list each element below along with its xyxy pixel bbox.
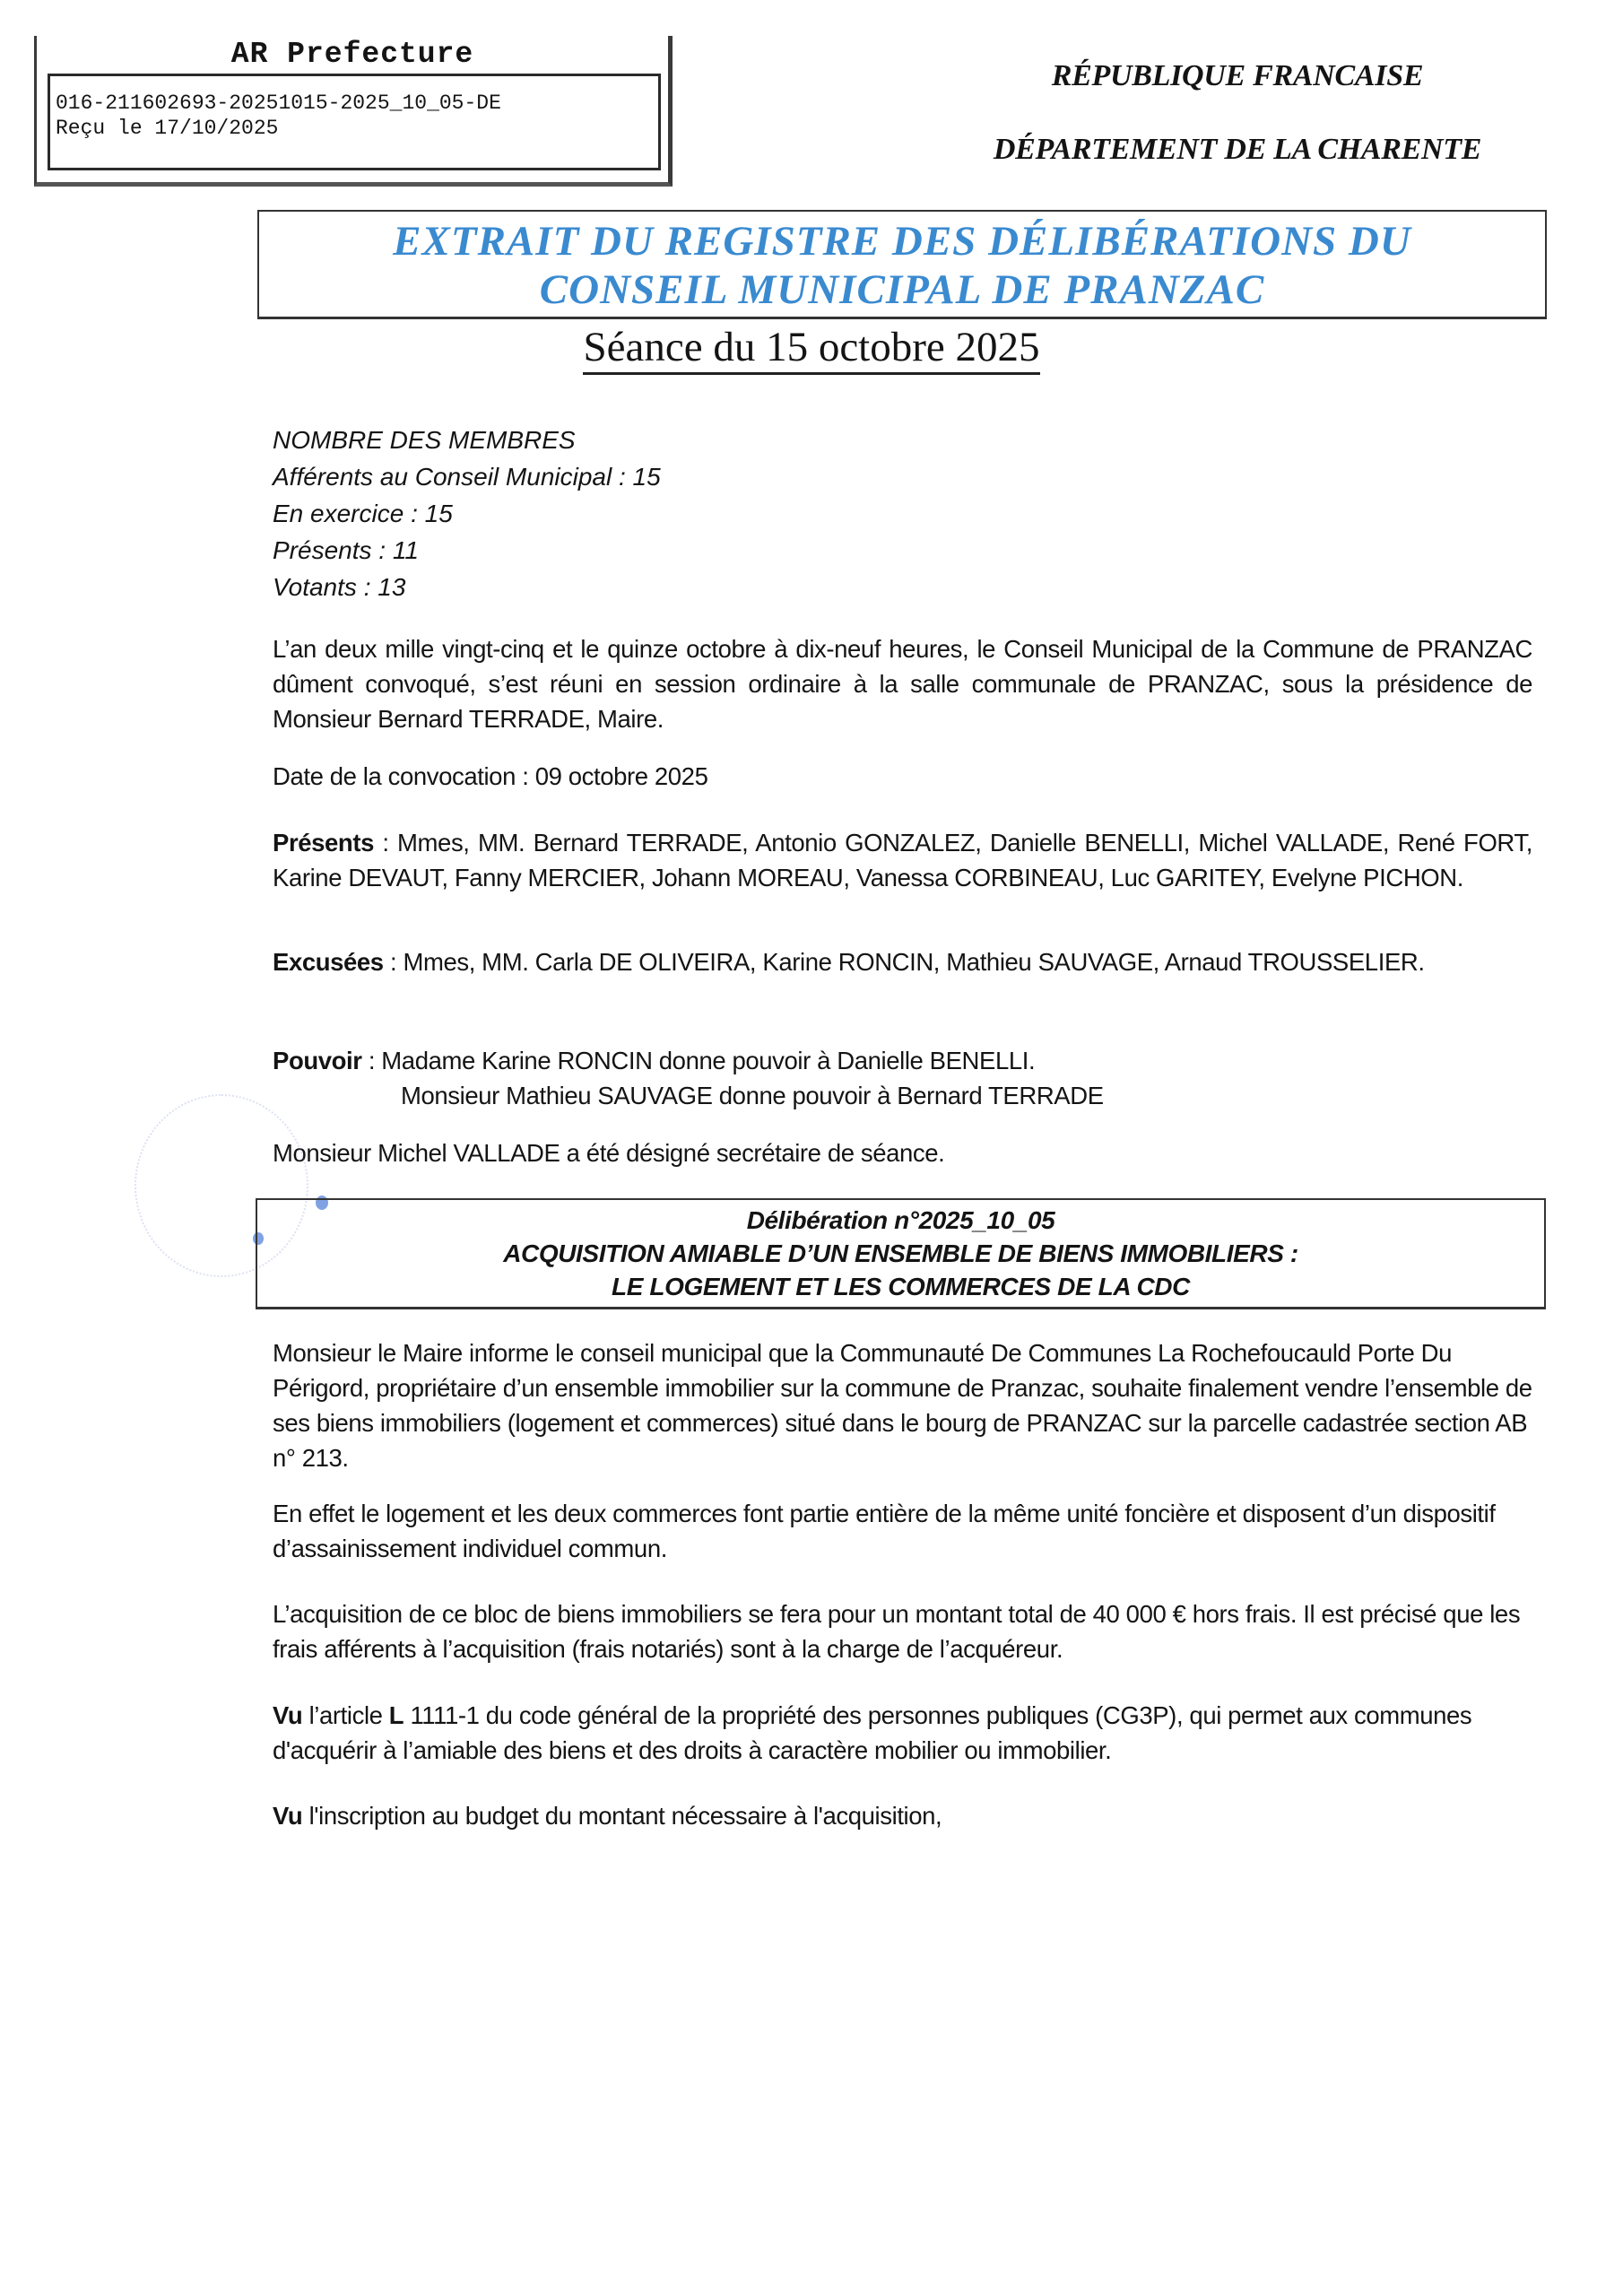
members-count-block: NOMBRE DES MEMBRES Afférents au Conseil … (273, 422, 661, 605)
vu-article-paragraph: Vu l’article L 1111-1 du code général de… (273, 1698, 1532, 1768)
pouvoir-paragraph: Pouvoir : Madame Karine RONCIN donne pou… (273, 1043, 1532, 1113)
vu-label: Vu (273, 1802, 302, 1830)
vu-article-text: 1111-1 du code général de la propriété d… (273, 1701, 1471, 1764)
stamp-details: 016-211602693-20251015-2025_10_05-DE Reç… (48, 74, 661, 170)
members-afferents: Afférents au Conseil Municipal : 15 (273, 458, 661, 495)
register-title-box: EXTRAIT DU REGISTRE DES DÉLIBÉRATIONS DU… (257, 210, 1547, 319)
body-paragraph-3: L’acquisition de ce bloc de biens immobi… (273, 1596, 1532, 1666)
deliberation-number: Délibération n°2025_10_05 (257, 1204, 1544, 1237)
stamp-reference: 016-211602693-20251015-2025_10_05-DE (56, 91, 653, 116)
pouvoir-label: Pouvoir (273, 1047, 362, 1074)
register-title-line2: CONSEIL MUNICIPAL DE PRANZAC (259, 265, 1545, 314)
deliberation-title-line1: ACQUISITION AMIABLE D’UN ENSEMBLE DE BIE… (257, 1237, 1544, 1270)
article-ref: L (389, 1701, 404, 1729)
ar-prefecture-stamp: AR Prefecture 016-211602693-20251015-202… (34, 36, 673, 187)
convocation-date: Date de la convocation : 09 octobre 2025 (273, 759, 1532, 794)
department-heading: DÉPARTEMENT DE LA CHARENTE (924, 133, 1551, 167)
deliberation-title-line2: LE LOGEMENT ET LES COMMERCES DE LA CDC (257, 1270, 1544, 1303)
members-votants: Votants : 13 (273, 569, 661, 605)
vu-label: Vu (273, 1701, 302, 1729)
stamp-received-date: Reçu le 17/10/2025 (56, 116, 653, 141)
pouvoir-line2: Monsieur Mathieu SAUVAGE donne pouvoir à… (273, 1078, 1532, 1113)
members-presents: Présents : 11 (273, 532, 661, 569)
vu-article-prefix: l’article (302, 1701, 388, 1729)
vu-budget-paragraph: Vu l'inscription au budget du montant né… (273, 1798, 1532, 1833)
body-paragraph-1: Monsieur le Maire informe le conseil mun… (273, 1335, 1532, 1475)
members-heading: NOMBRE DES MEMBRES (273, 422, 661, 458)
seance-date: Séance du 15 octobre 2025 (583, 324, 1039, 375)
presents-paragraph: Présents : Mmes, MM. Bernard TERRADE, An… (273, 825, 1532, 895)
vu-budget-text: l'inscription au budget du montant néces… (302, 1802, 942, 1830)
pouvoir-line1: : Madame Karine RONCIN donne pouvoir à D… (362, 1047, 1036, 1074)
register-title-line1: EXTRAIT DU REGISTRE DES DÉLIBÉRATIONS DU (259, 217, 1545, 265)
secretary-designation: Monsieur Michel VALLADE a été désigné se… (273, 1135, 1532, 1170)
stamp-title: AR Prefecture (37, 38, 668, 71)
seance-date-heading: Séance du 15 octobre 2025 (0, 323, 1623, 371)
republic-heading: RÉPUBLIQUE FRANCAISE (924, 59, 1551, 93)
presents-label: Présents (273, 829, 374, 857)
excusees-paragraph: Excusées : Mmes, MM. Carla DE OLIVEIRA, … (273, 944, 1532, 979)
session-intro: L’an deux mille vingt-cinq et le quinze … (273, 631, 1532, 736)
presents-list: : Mmes, MM. Bernard TERRADE, Antonio GON… (273, 829, 1532, 891)
deliberation-title-box: Délibération n°2025_10_05 ACQUISITION AM… (256, 1198, 1546, 1309)
excusees-list: : Mmes, MM. Carla DE OLIVEIRA, Karine RO… (384, 948, 1425, 976)
body-paragraph-2: En effet le logement et les deux commerc… (273, 1496, 1532, 1566)
excusees-label: Excusées (273, 948, 384, 976)
members-en-exercice: En exercice : 15 (273, 495, 661, 532)
